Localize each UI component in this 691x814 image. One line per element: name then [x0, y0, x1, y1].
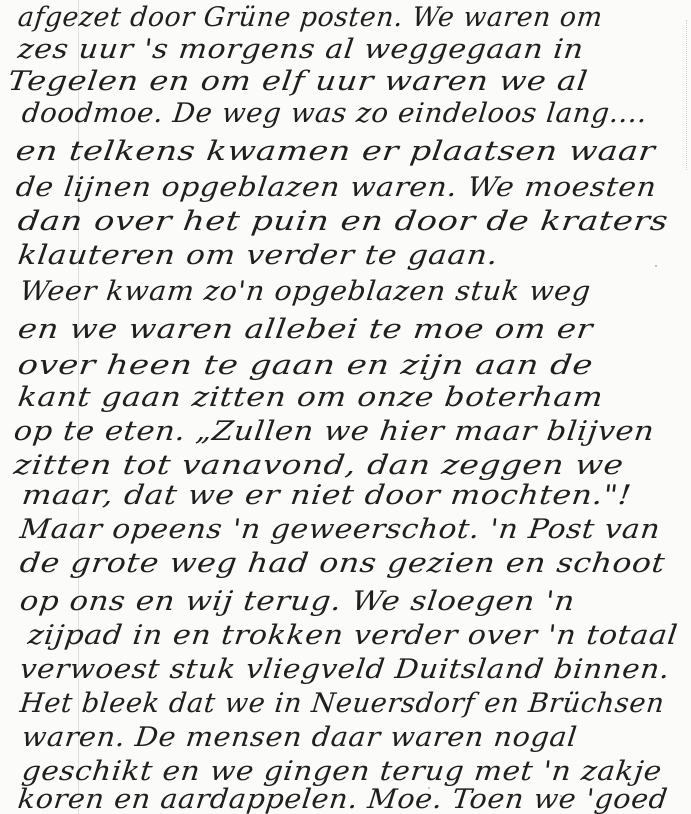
handwritten-line: waren. De mensen daar waren nogal — [20, 722, 578, 753]
handwritten-line: maar, dat we er niet door mochten."! — [20, 480, 633, 511]
handwritten-line: zijpad in en trokken verder over 'n tota… — [26, 620, 679, 651]
handwritten-line: op te eten. „Zullen we hier maar blijven — [12, 416, 656, 447]
handwritten-line: over heen te gaan en zijn aan de — [16, 350, 595, 381]
paper-speck — [90, 797, 92, 799]
handwritten-line: dan over het puin en door de kraters — [16, 206, 670, 237]
handwritten-line: zes uur 's morgens al weggegaan in — [16, 34, 585, 65]
handwritten-line: kant gaan zitten om onze boterham — [16, 382, 605, 413]
handwritten-line: koren en aardappelen. Moe. Toen we 'goed — [16, 784, 669, 814]
paper-edge-marks — [686, 20, 691, 170]
handwritten-line: doodmoe. De weg was zo eindeloos lang...… — [20, 98, 649, 129]
paper-speck — [560, 795, 562, 797]
handwritten-line: en telkens kwamen er plaatsen waar — [14, 136, 657, 167]
handwritten-line: op ons en wij terug. We sloegen 'n — [18, 586, 577, 617]
handwritten-line: en we waren allebei te moe om er — [16, 314, 595, 345]
handwritten-line: Maar opeens 'n geweerschot. 'n Post van — [18, 514, 662, 545]
handwritten-line: zitten tot vanavond, dan zeggen we — [12, 450, 626, 481]
handwritten-line: Tegelen en om elf uur waren we al — [6, 66, 590, 97]
paper-speck — [428, 787, 430, 789]
paper-speck — [655, 265, 657, 267]
handwritten-line: Weer kwam zo'n opgeblazen stuk weg — [18, 276, 592, 307]
handwritten-line: de lijnen opgeblazen waren. We moesten — [14, 172, 658, 203]
handwritten-line: afgezet door Grüne posten. We waren om — [16, 2, 604, 33]
handwritten-line: klauteren om verder te gaan. — [16, 240, 500, 271]
handwritten-line: de grote weg had ons gezien en schoot — [18, 548, 667, 579]
handwritten-line: verwoest stuk vliegveld Duitsland binnen… — [18, 654, 671, 685]
handwritten-line: Het bleek dat we in Neuersdorf en Brüchs… — [18, 688, 666, 719]
handwritten-line: geschikt en we gingen terug met 'n zakje — [20, 756, 663, 787]
letter-page: afgezet door Grüne posten. We waren omze… — [0, 0, 691, 814]
